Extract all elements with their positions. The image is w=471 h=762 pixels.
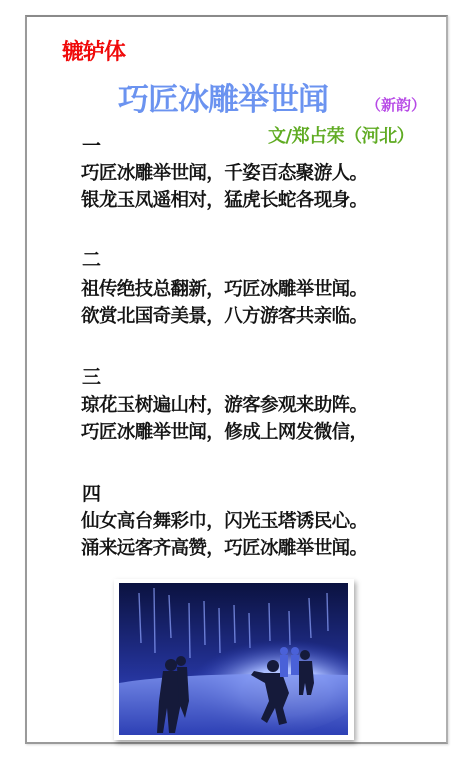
- poem-line: 欲赏北国奇美景，八方游客共亲临。: [81, 302, 367, 328]
- poem-line: 银龙玉凤遥相对，猛虎长蛇各现身。: [81, 186, 367, 212]
- ice-cave-photo-frame: [114, 579, 354, 740]
- poem-line: 琼花玉树遍山村，游客参观来助阵。: [81, 391, 367, 417]
- poem-line: 巧匠冰雕举世闻，千姿百态聚游人。: [81, 159, 367, 185]
- poem-line: 祖传绝技总翻新，巧匠冰雕举世闻。: [81, 275, 367, 301]
- poem-line: 巧匠冰雕举世闻，修成上网发微信，: [81, 418, 367, 444]
- poem-style-tag: 辘轳体: [62, 35, 125, 66]
- poem-line: 涌来远客齐高赞，巧匠冰雕举世闻。: [81, 534, 367, 560]
- ice-cave-photo: [119, 583, 348, 735]
- poem-author: 文/郑占荣（河北）: [268, 122, 414, 148]
- poem-title: 巧匠冰雕举世闻: [118, 74, 328, 119]
- ice-cave-image: [119, 583, 348, 735]
- stanza-number: 一: [82, 131, 101, 158]
- stanza-number: 三: [82, 362, 101, 389]
- poem-subtitle: （新韵）: [366, 94, 426, 115]
- poem-line: 仙女高台舞彩巾，闪光玉塔诱民心。: [81, 507, 367, 533]
- stanza-number: 四: [82, 479, 101, 506]
- stanza-number: 二: [82, 245, 101, 272]
